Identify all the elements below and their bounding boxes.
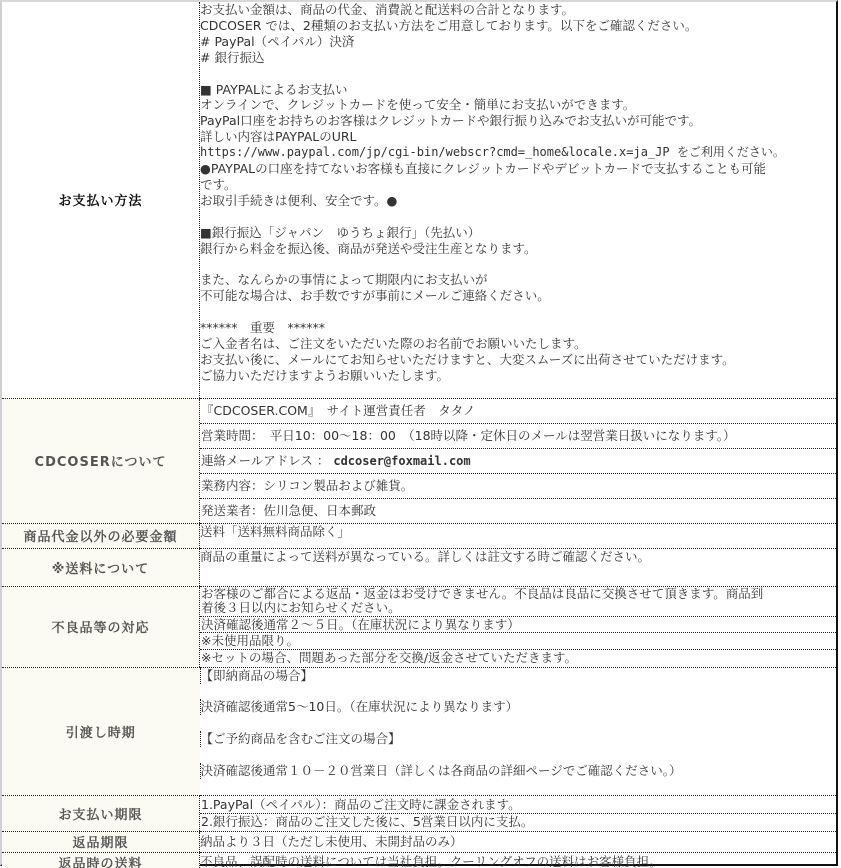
- store-info-table: お支払い方法 お支払い金額は、商品の代金、消費説と配送料の合計となります。 CD…: [2, 2, 836, 868]
- row-extra-fees: 商品代金以外の必要金額 送料「送料無料商品除く」: [2, 523, 836, 548]
- text-line: お客様のご都合による返品・返金はお受けできません。不良品は良品に交換させて頂きま…: [201, 587, 836, 602]
- label-delivery: 引渡し時期: [2, 667, 200, 795]
- value-extra-fees: 送料「送料無料商品除く」: [200, 523, 837, 548]
- paypal-deadline-text: 1.PayPal（ペイパル）：商品のご注文時に課金されます。: [200, 797, 836, 814]
- business-content-text: 業務内容：シリコン製品および雑貨。: [200, 474, 836, 499]
- text-line: ■ PAYPALによるお支払い: [200, 82, 836, 98]
- row-payment-deadline: お支払い期限 1.PayPal（ペイパル）：商品のご注文時に課金されます。 2.…: [2, 795, 836, 831]
- email-address: cdcoser@foxmail.com: [333, 454, 470, 468]
- label-extra-fees: 商品代金以外の必要金額: [2, 523, 200, 548]
- contact-email-row: 連絡メールアドレス ： cdcoser@foxmail.com: [200, 449, 836, 474]
- defects-set-text: ※セットの場合、問題あった部分を交換/返金させていただきます。: [200, 650, 836, 666]
- business-hours-text: 営業時間： 平日10：00～18：00 （18時以降・定休日のメールは翌営業日扱…: [200, 424, 836, 449]
- text-line: ご入金者名は、ご注文をいただいた際のお名前でお願いいたします。: [200, 336, 836, 352]
- bank-deadline-text: 2.銀行振込：商品のご注文した後に、5営業日以内に支払。: [200, 814, 836, 830]
- text-line: お取引手続きは便利、安全です。●: [200, 193, 836, 209]
- defects-timing-text: 決済確認後通常２～５日。（在庫状況により異なります）: [200, 617, 836, 634]
- email-label: 連絡メールアドレス ：: [201, 453, 329, 468]
- value-about: 『CDCOSER.COM』 サイト運営責任者 タタノ 営業時間： 平日10：00…: [200, 398, 837, 523]
- label-defects: 不良品等の対応: [2, 586, 200, 667]
- text-line: # 銀行振込: [200, 50, 836, 66]
- row-about: CDCOSERについて 『CDCOSER.COM』 サイト運営責任者 タタノ 営…: [2, 398, 836, 523]
- text-line: ●PAYPALの口座を持てないお客様も直接にクレジットカードやデビットカードで支…: [200, 161, 836, 177]
- label-return-shipping: 返品時の送料: [2, 852, 200, 868]
- text-line: 不可能な場合は、お手数ですが事前にメールご連絡ください。: [200, 288, 836, 304]
- text-line: CDCOSER では、2種類のお支払い方法をご用意しております。以下をご確認くだ…: [200, 18, 836, 34]
- text-line: また、なんらかの事情によって期限内にお支払いが: [200, 272, 836, 288]
- value-delivery: 【即納商品の場合】 決済確認後通常5～10日。（在庫状況により異なります） 【ご…: [200, 667, 837, 795]
- blank-line: [200, 304, 836, 320]
- carriers-text: 発送業者：佐川急便、日本郵政: [200, 499, 836, 523]
- row-return-shipping: 返品時の送料 不良品、誤配時の送料については当社負担。クーリングオフの送料はお客…: [2, 852, 836, 868]
- label-payment-deadline: お支払い期限: [2, 795, 200, 831]
- row-return-deadline: 返品期限 納品より３日（ただし未使用、未開封品のみ）: [2, 831, 836, 852]
- label-about: CDCOSERについて: [2, 398, 200, 523]
- in-stock-heading: 【即納商品の場合】: [200, 668, 837, 684]
- defects-policy-text: お客様のご都合による返品・返金はお受けできません。不良品は良品に交換させて頂きま…: [200, 587, 836, 617]
- value-return-shipping: 不良品、誤配時の送料については当社負担。クーリングオフの送料はお客様負担。: [200, 852, 837, 868]
- value-return-deadline: 納品より３日（ただし未使用、未開封品のみ）: [200, 831, 837, 852]
- blank-line: [200, 256, 836, 272]
- in-stock-timing: 決済確認後通常5～10日。（在庫状況により異なります）: [200, 699, 837, 715]
- important-heading: ****** 重要 ******: [200, 320, 836, 336]
- operator-text: 『CDCOSER.COM』 サイト運営責任者 タタノ: [200, 399, 836, 424]
- blank-line: [200, 66, 836, 82]
- value-shipping: 商品の重量によって送料が異なっている。詳しくは註文する時ご確認ください。: [200, 548, 837, 586]
- row-delivery: 引渡し時期 【即納商品の場合】 決済確認後通常5～10日。（在庫状況により異なり…: [2, 667, 836, 795]
- label-shipping: ※送料について: [2, 548, 200, 586]
- text-line: 着後３日以内にお知らせください。: [201, 601, 836, 616]
- label-payment-method: お支払い方法: [2, 2, 200, 398]
- value-defects: お客様のご都合による返品・返金はお受けできません。不良品は良品に交換させて頂きま…: [200, 586, 837, 667]
- row-shipping: ※送料について 商品の重量によって送料が異なっている。詳しくは註文する時ご確認く…: [2, 548, 836, 586]
- blank-line: [200, 209, 836, 225]
- value-payment-deadline: 1.PayPal（ペイパル）：商品のご注文時に課金されます。 2.銀行振込：商品…: [200, 795, 837, 831]
- paypal-url-text: https://www.paypal.com/jp/cgi-bin/webscr…: [200, 145, 836, 161]
- text-line: です。: [200, 177, 836, 193]
- text-line: オンラインで、クレジットカードを使って安全・簡単にお支払いができます。: [200, 97, 836, 113]
- row-defects: 不良品等の対応 お客様のご都合による返品・返金はお受けできません。不良品は良品に…: [2, 586, 836, 667]
- text-line: ■銀行振込「ジャパン ゆうちょ銀行」（先払い）: [200, 225, 836, 241]
- text-line: PayPal口座をお持ちのお客様はクレジットカードや銀行振り込みでお支払いが可能…: [200, 113, 836, 129]
- text-line: 銀行から料金を振込後、商品が発送や受注生産となります。: [200, 241, 836, 257]
- defects-unused-only-text: ※未使用品限り。: [200, 633, 836, 650]
- preorder-heading: 【ご予約商品を含むご注文の場合】: [200, 731, 837, 747]
- label-return-deadline: 返品期限: [2, 831, 200, 852]
- value-payment-method: お支払い金額は、商品の代金、消費説と配送料の合計となります。 CDCOSER で…: [200, 2, 837, 398]
- text-line: お支払い後に、メールにてお知らせいただけますと、大変スムーズに出荷させていただけ…: [200, 352, 836, 368]
- text-line: ご協力いただけますようお願いいたします。: [200, 368, 836, 384]
- row-payment-method: お支払い方法 お支払い金額は、商品の代金、消費説と配送料の合計となります。 CD…: [2, 2, 836, 398]
- text-line: # PayPal（ペイパル）決済: [200, 34, 836, 50]
- preorder-timing: 決済確認後通常１０－２０営業日（詳しくは各商品の詳細ページでご確認ください。）: [200, 763, 837, 779]
- text-line: お支払い金額は、商品の代金、消費説と配送料の合計となります。: [200, 2, 836, 18]
- text-line: 詳しい内容はPAYPALのURL: [200, 129, 836, 145]
